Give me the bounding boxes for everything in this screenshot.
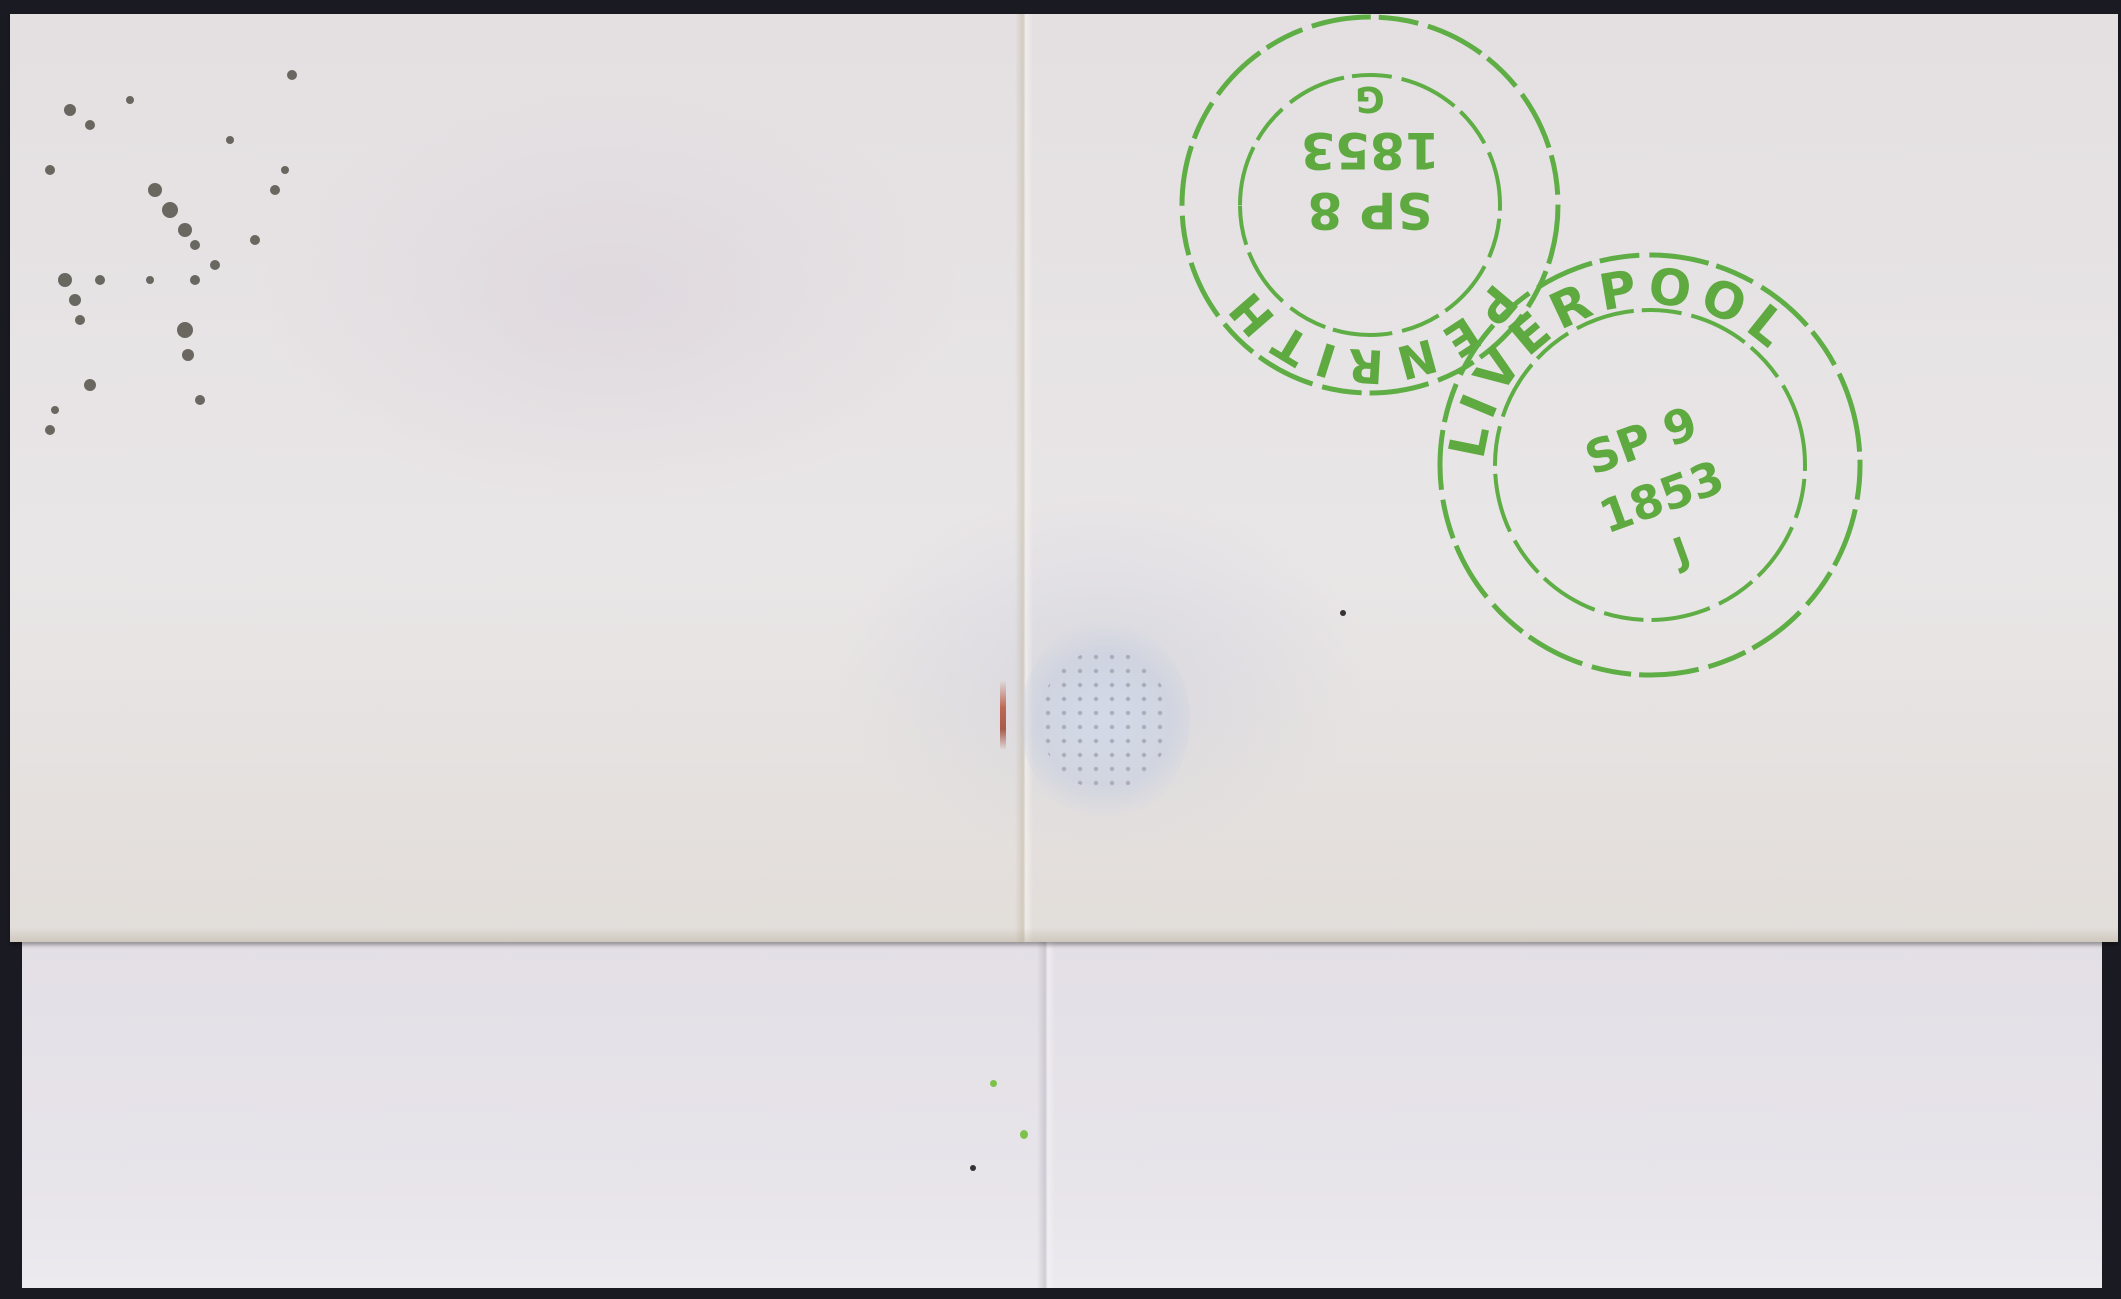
postmark-date: SP 8 — [1308, 181, 1433, 239]
letter-bottom-panel — [22, 942, 2102, 1288]
manuscript-marks — [20, 30, 320, 450]
postmark-code: G — [1355, 78, 1385, 119]
vertical-fold-crease — [1015, 14, 1033, 942]
seal-emboss-pattern — [1040, 650, 1170, 790]
ink-speck — [970, 1165, 976, 1171]
ink-speck — [1020, 1130, 1028, 1139]
flap-edge-shadow — [10, 928, 2118, 942]
wax-seal-impression — [1020, 620, 1190, 820]
postmark-code: J — [1664, 528, 1695, 575]
ink-speck — [990, 1080, 997, 1087]
vertical-fold-crease — [1037, 942, 1055, 1288]
wax-residue — [1000, 680, 1006, 750]
ink-speck — [1340, 610, 1346, 616]
postmark-year: 1853 — [1300, 121, 1439, 179]
